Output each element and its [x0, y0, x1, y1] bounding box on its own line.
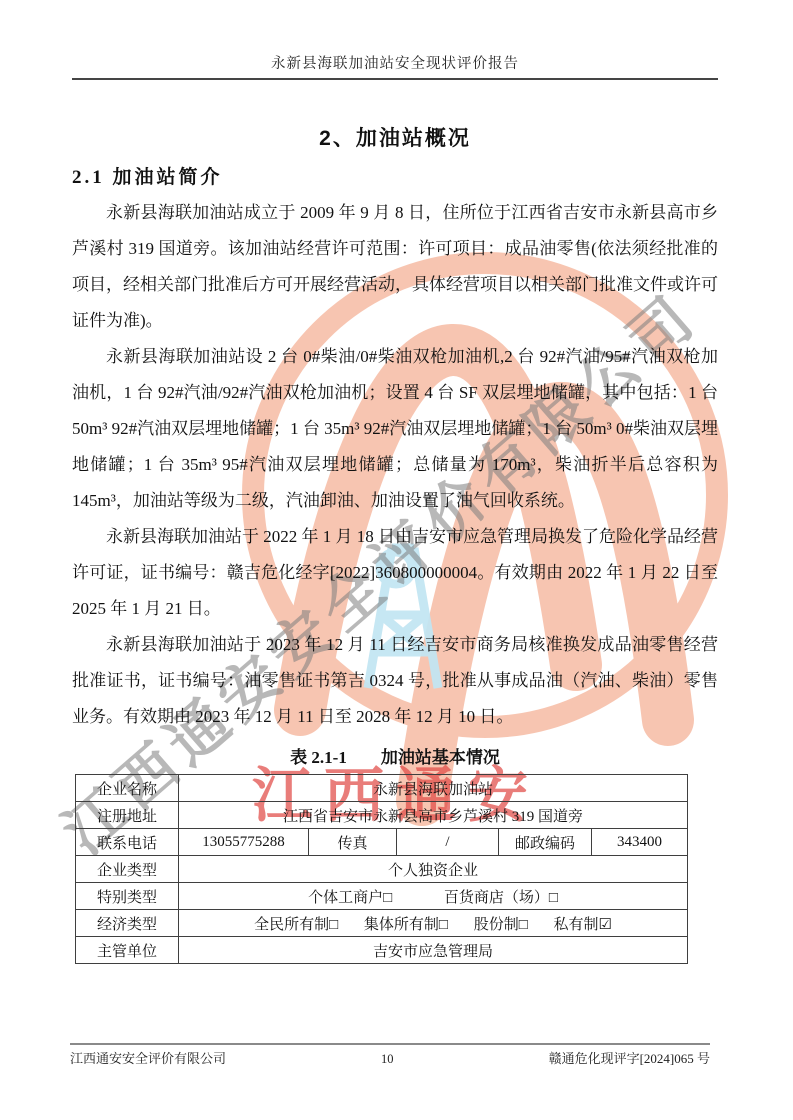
enterprise-type-value: 个人独资企业 [179, 856, 688, 883]
section-title: 2.1 加油站简介 [72, 162, 718, 189]
row-label: 经济类型 [76, 910, 179, 937]
paragraph-equipment: 永新县海联加油站设 2 台 0#柴油/0#柴油双枪加油机,2 台 92#汽油/9… [72, 339, 718, 519]
special-type-options: 个体工商户□ 百货商店（场）□ [179, 883, 688, 910]
row-label: 联系电话 [76, 829, 179, 856]
table-row: 企业类型 个人独资企业 [76, 856, 688, 883]
footer-doc-number: 赣通危化现评字[2024]065 号 [549, 1048, 710, 1067]
footer-divider [70, 1043, 710, 1045]
table-row: 注册地址 江西省吉安市永新县高市乡芦溪村 319 国道旁 [76, 802, 688, 829]
checkbox-option: 股份制□ [474, 917, 528, 933]
paragraph-retail-license: 永新县海联加油站于 2023 年 12 月 11 日经吉安市商务局核准换发成品油… [72, 627, 718, 735]
registered-address-value: 江西省吉安市永新县高市乡芦溪村 319 国道旁 [179, 802, 688, 829]
zip-label: 邮政编码 [499, 829, 592, 856]
table-row: 联系电话 13055775288 传真 / 邮政编码 343400 [76, 829, 688, 856]
row-label: 主管单位 [76, 937, 179, 964]
table-caption: 表 2.1-1 加油站基本情况 [72, 743, 718, 768]
header-divider [72, 78, 718, 80]
checkbox-option: 集体所有制□ [364, 917, 448, 933]
phone-value: 13055775288 [179, 829, 309, 856]
checkbox-option: 全民所有制□ [254, 917, 338, 933]
row-label: 企业名称 [76, 775, 179, 802]
footer-company: 江西通安安全评价有限公司 [70, 1048, 226, 1067]
document-page: 江西通安安全评价有限公司 江西通安 永新县海联加油站安全现状评价报告 2、加油站… [0, 0, 793, 1120]
table-row: 企业名称 永新县海联加油站 [76, 775, 688, 802]
row-label: 特别类型 [76, 883, 179, 910]
paragraph-hazchem-license: 永新县海联加油站于 2022 年 1 月 18 日由吉安市应急管理局换发了危险化… [72, 519, 718, 627]
checkbox-option: 百货商店（场）□ [444, 890, 558, 906]
paragraph-intro: 永新县海联加油站成立于 2009 年 9 月 8 日，住所位于江西省吉安市永新县… [72, 195, 718, 339]
page-footer: 江西通安安全评价有限公司 10 赣通危化现评字[2024]065 号 [70, 1048, 710, 1067]
basic-info-table: 企业名称 永新县海联加油站 注册地址 江西省吉安市永新县高市乡芦溪村 319 国… [75, 774, 688, 964]
table-row: 特别类型 个体工商户□ 百货商店（场）□ [76, 883, 688, 910]
document-body: 2、加油站概况 2.1 加油站简介 永新县海联加油站成立于 2009 年 9 月… [72, 122, 718, 964]
page-number: 10 [381, 1052, 394, 1067]
checkbox-option-checked: 私有制☑ [554, 917, 612, 933]
authority-value: 吉安市应急管理局 [179, 937, 688, 964]
chapter-title: 2、加油站概况 [72, 122, 718, 152]
company-name-value: 永新县海联加油站 [179, 775, 688, 802]
report-header: 永新县海联加油站安全现状评价报告 [72, 52, 718, 73]
economic-type-options: 全民所有制□ 集体所有制□ 股份制□ 私有制☑ [179, 910, 688, 937]
row-label: 企业类型 [76, 856, 179, 883]
table-row: 经济类型 全民所有制□ 集体所有制□ 股份制□ 私有制☑ [76, 910, 688, 937]
zip-value: 343400 [592, 829, 688, 856]
table-row: 主管单位 吉安市应急管理局 [76, 937, 688, 964]
fax-label: 传真 [309, 829, 397, 856]
fax-value: / [397, 829, 499, 856]
row-label: 注册地址 [76, 802, 179, 829]
checkbox-option: 个体工商户□ [308, 890, 392, 906]
